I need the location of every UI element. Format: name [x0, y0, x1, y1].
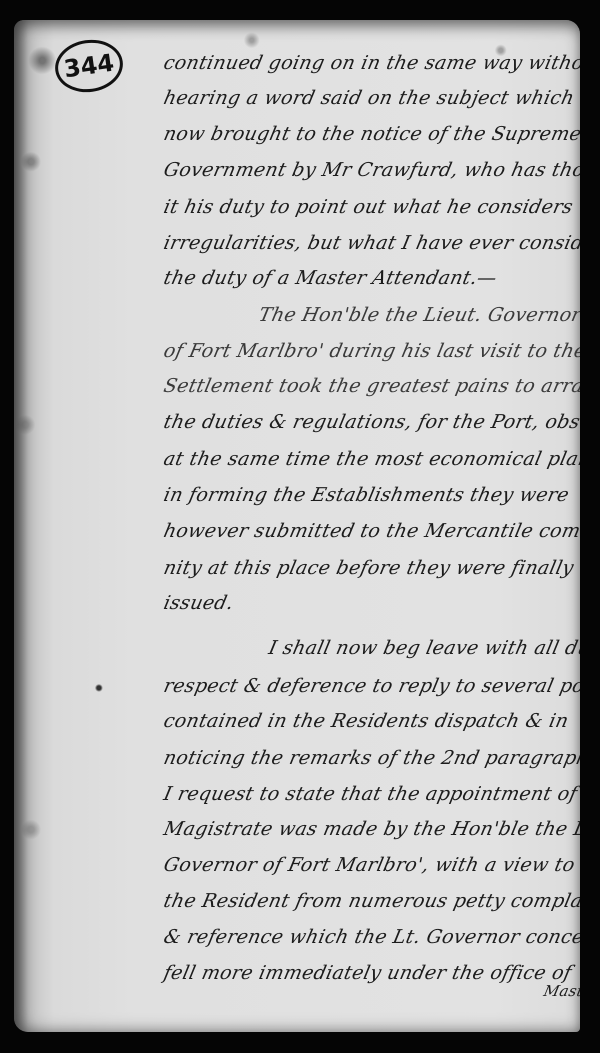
catchword: Master — [542, 982, 580, 1000]
text-line: irregularities, but what I have ever con… — [162, 232, 580, 254]
text-line: of Fort Marlbro' during his last visit t… — [162, 340, 580, 362]
text-line: nity at this place before they were fina… — [162, 557, 580, 579]
text-line: contained in the Residents dispatch & in — [162, 710, 580, 732]
text-line: I request to state that the appointment … — [162, 783, 580, 805]
text-line: now brought to the notice of the Supreme — [162, 123, 580, 145]
text-line: it his duty to point out what he conside… — [162, 196, 580, 218]
text-line: however submitted to the Mercantile comm… — [162, 520, 580, 542]
text-line: the duties & regulations, for the Port, … — [162, 411, 580, 433]
text-line: issued. — [162, 592, 580, 614]
manuscript-text: continued going on in the same way witho… — [14, 20, 580, 1032]
text-line: respect & deference to reply to several … — [162, 675, 580, 697]
text-line: the duty of a Master Attendant.— — [162, 267, 580, 289]
text-line: Settlement took the greatest pains to ar… — [162, 375, 580, 397]
text-line: Governor of Fort Marlbro', with a view t… — [162, 854, 580, 876]
manuscript-page: 344 continued going on in the same way w… — [14, 20, 580, 1032]
text-line: & reference which the Lt. Governor conce… — [162, 926, 580, 948]
text-line: The Hon'ble the Lieut. Governor — [257, 304, 580, 326]
text-line: continued going on in the same way witho… — [162, 52, 580, 74]
text-line: Magistrate was made by the Hon'ble the L… — [162, 818, 580, 840]
text-line: Government by Mr Crawfurd, who has thoug… — [162, 159, 580, 181]
text-line: noticing the remarks of the 2nd paragrap… — [162, 747, 580, 769]
text-line: in forming the Establishments they were — [162, 484, 580, 506]
text-line: fell more immediately under the office o… — [162, 962, 580, 984]
text-line: hearing a word said on the subject which… — [162, 87, 580, 109]
text-line: the Resident from numerous petty complai… — [162, 890, 580, 912]
text-line: at the same time the most economical pla… — [162, 448, 580, 470]
text-line: I shall now beg leave with all due — [267, 637, 580, 659]
